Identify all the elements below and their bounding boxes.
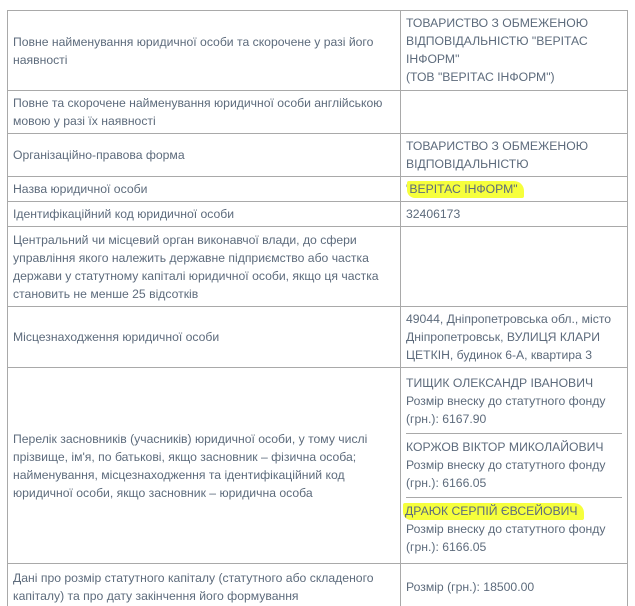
field-label-entity-name: Назва юридичної особи: [8, 177, 401, 202]
field-value-location: 49044, Дніпропетровська обл., місто Дніп…: [401, 307, 628, 368]
full-name-line: ТОВАРИСТВО З ОБМЕЖЕНОЮ ВІДПОВІДАЛЬНІСТЮ …: [406, 14, 622, 68]
founder-entry: КОРЖОВ ВІКТОР МИКОЛАЙОВИЧ Розмір внеску …: [406, 434, 622, 498]
founder-entry: ДРАЮК СЕРПІЙ ЄВСЕЙОВИЧ Розмір внеску до …: [406, 498, 622, 558]
table-row: Перелік засновників (учасників) юридично…: [8, 368, 628, 564]
field-value-governing-authority: [401, 227, 628, 307]
table-row: Повне та скорочене найменування юридично…: [8, 91, 628, 134]
field-value-legal-form: ТОВАРИСТВО З ОБМЕЖЕНОЮ ВІДПОВІДАЛЬНІСТЮ: [401, 134, 628, 177]
field-label-id-code: Ідентифікаційний код юридичної особи: [8, 202, 401, 227]
field-label-english-name: Повне та скорочене найменування юридично…: [8, 91, 401, 134]
field-value-full-name: ТОВАРИСТВО З ОБМЕЖЕНОЮ ВІДПОВІДАЛЬНІСТЮ …: [401, 11, 628, 91]
field-value-english-name: [401, 91, 628, 134]
field-label-full-name: Повне найменування юридичної особи та ск…: [8, 11, 401, 91]
founder-name: ТИЩИК ОЛЕКСАНДР ІВАНОВИЧ: [406, 374, 622, 392]
field-value-charter-capital: Розмір (грн.): 18500.00: [401, 564, 628, 606]
field-value-id-code: 32406173: [401, 202, 628, 227]
founder-name: КОРЖОВ ВІКТОР МИКОЛАЙОВИЧ: [406, 438, 622, 456]
field-label-legal-form: Організаційно-правова форма: [8, 134, 401, 177]
founder-contribution: Розмір внеску до статутного фонду (грн.)…: [406, 456, 622, 492]
founder-entry: ТИЩИК ОЛЕКСАНДР ІВАНОВИЧ Розмір внеску д…: [406, 373, 622, 434]
field-label-charter-capital: Дані про розмір статутного капіталу (ста…: [8, 564, 401, 606]
short-name-line: (ТОВ "ВЕРІТАС ІНФОРМ"): [406, 68, 622, 86]
highlighted-entity-name: ВЕРІТАС ІНФОРМ": [407, 181, 523, 198]
table-row: Дані про розмір статутного капіталу (ста…: [8, 564, 628, 606]
table-row: Повне найменування юридичної особи та ск…: [8, 11, 628, 91]
table-row: Місцезнаходження юридичної особи 49044, …: [8, 307, 628, 368]
founder-contribution: Розмір внеску до статутного фонду (грн.)…: [406, 392, 622, 428]
highlighted-founder-name: ДРАЮК СЕРПІЙ ЄВСЕЙОВИЧ: [403, 503, 584, 520]
field-value-founders: ТИЩИК ОЛЕКСАНДР ІВАНОВИЧ Розмір внеску д…: [401, 368, 628, 564]
legal-entity-registry-table: Повне найменування юридичної особи та ск…: [7, 10, 628, 606]
founder-contribution: Розмір внеску до статутного фонду (грн.)…: [406, 520, 622, 556]
field-label-founders: Перелік засновників (учасників) юридично…: [8, 368, 401, 564]
table-row: Ідентифікаційний код юридичної особи 324…: [8, 202, 628, 227]
field-label-governing-authority: Центральний чи місцевий орган виконавчої…: [8, 227, 401, 307]
field-value-entity-name: "ВЕРІТАС ІНФОРМ": [401, 177, 628, 202]
table-row: Організаційно-правова форма ТОВАРИСТВО З…: [8, 134, 628, 177]
table-row: Назва юридичної особи "ВЕРІТАС ІНФОРМ": [8, 177, 628, 202]
table-row: Центральний чи місцевий орган виконавчої…: [8, 227, 628, 307]
field-label-location: Місцезнаходження юридичної особи: [8, 307, 401, 368]
